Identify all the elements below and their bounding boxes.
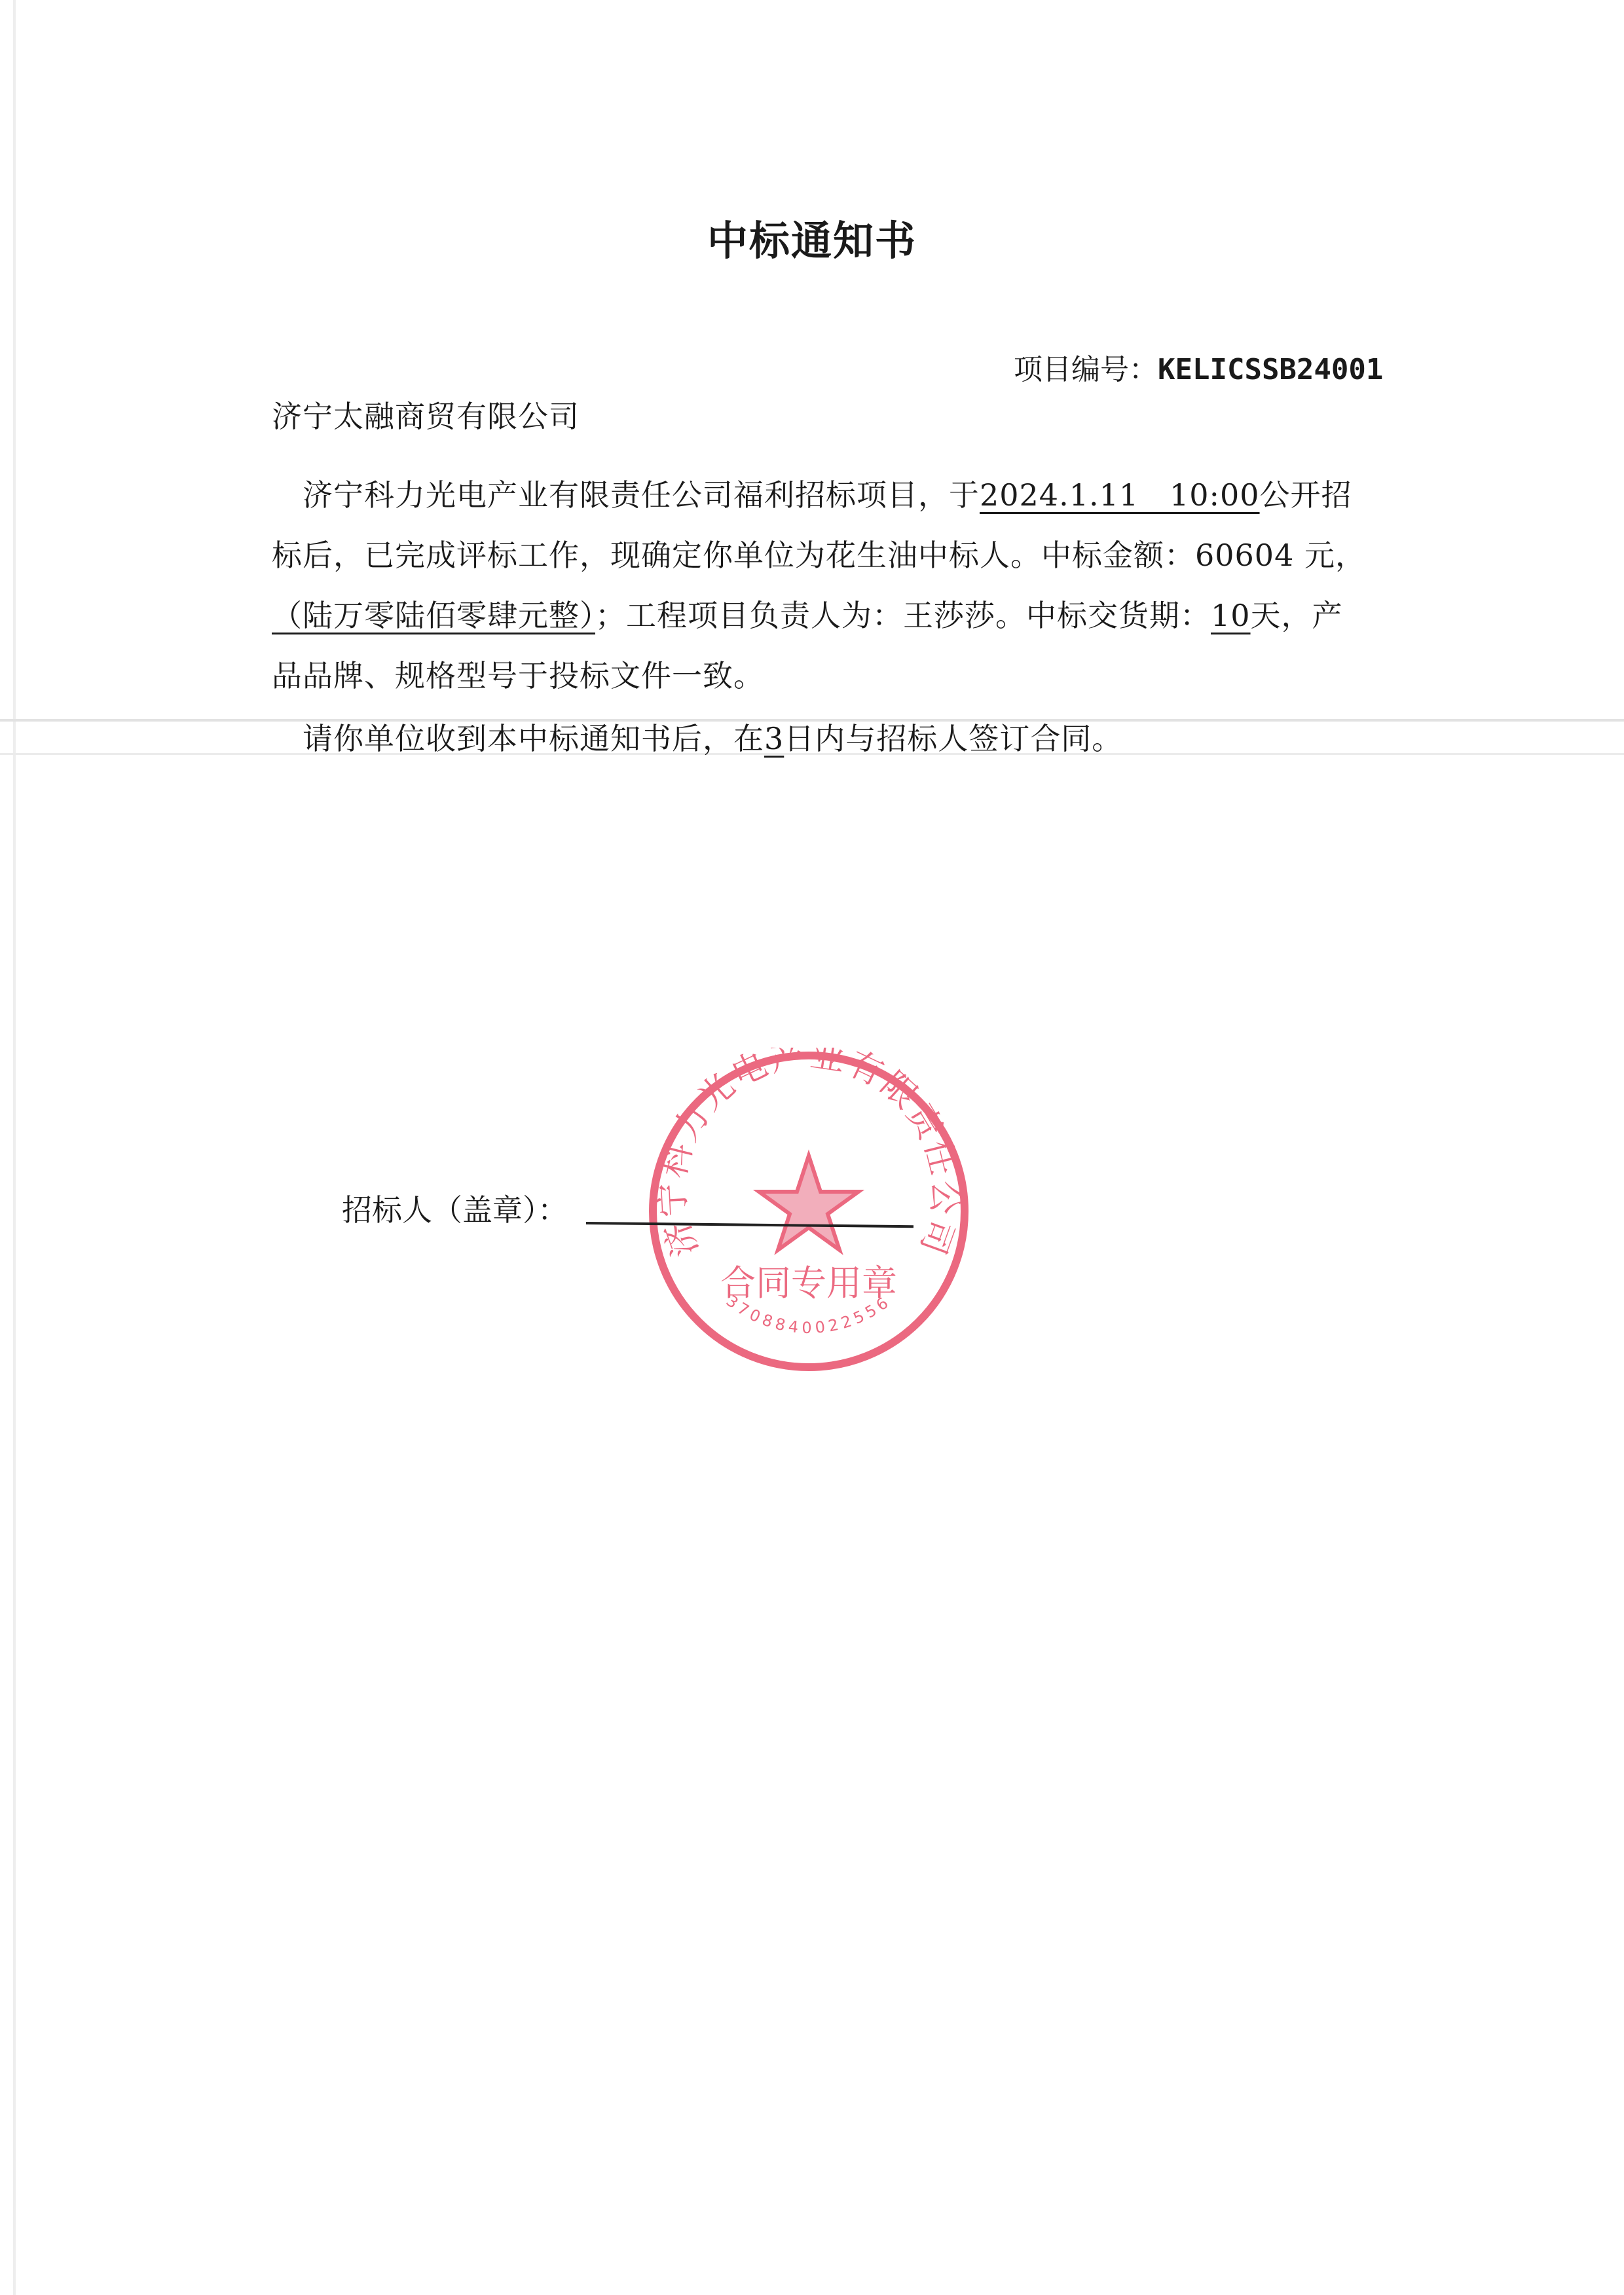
- body-text: 日内与招标人签订合同。: [784, 721, 1122, 756]
- body-line-1: 济宁科力光电产业有限责任公司福利招标项目，于2024.1.11 10:00公开招: [303, 471, 1352, 515]
- body-text: 济宁科力光电产业有限责任公司福利招标项目，于: [303, 477, 980, 513]
- body-text: 公开招: [1260, 477, 1352, 513]
- delivery-days: 10: [1211, 598, 1251, 633]
- body-text: 请你单位收到本中标通知书后，在: [303, 721, 764, 756]
- signature-label: 招标人（盖章）：: [342, 1186, 568, 1230]
- amount-in-words: （陆万零陆佰零肆元整）: [272, 598, 595, 633]
- body-text: ；工程项目负责人为：王莎莎。中标交货期：: [595, 598, 1211, 633]
- document-title: 中标通知书: [0, 208, 1624, 266]
- signing-days: 3: [764, 721, 784, 756]
- body-line-3: （陆万零陆佰零肆元整）；工程项目负责人为：王莎莎。中标交货期：10天，产: [272, 592, 1343, 635]
- project-number-value: KELICSSB24001: [1158, 353, 1383, 386]
- body-text: 天，产: [1251, 598, 1343, 633]
- recipient: 济宁太融商贸有限公司: [272, 393, 580, 436]
- bid-opening-datetime: 2024.1.11 10:00: [980, 477, 1260, 513]
- body-line-4: 品品牌、规格型号于投标文件一致。: [272, 652, 764, 695]
- body-line-5: 请你单位收到本中标通知书后，在3日内与招标人签订合同。: [303, 715, 1122, 758]
- body-line-2: 标后，已完成评标工作，现确定你单位为花生油中标人。中标金额：60604 元，: [272, 532, 1366, 575]
- project-number-label: 项目编号：: [1014, 353, 1158, 386]
- seal-type-text: 合同专用章: [720, 1262, 897, 1304]
- company-seal-icon: 济宁科力光电产业有限责任公司 合同专用章 3708840022556: [645, 1048, 972, 1375]
- scan-edge: [13, 0, 16, 2295]
- project-number: 项目编号：KELICSSB24001: [1014, 346, 1383, 388]
